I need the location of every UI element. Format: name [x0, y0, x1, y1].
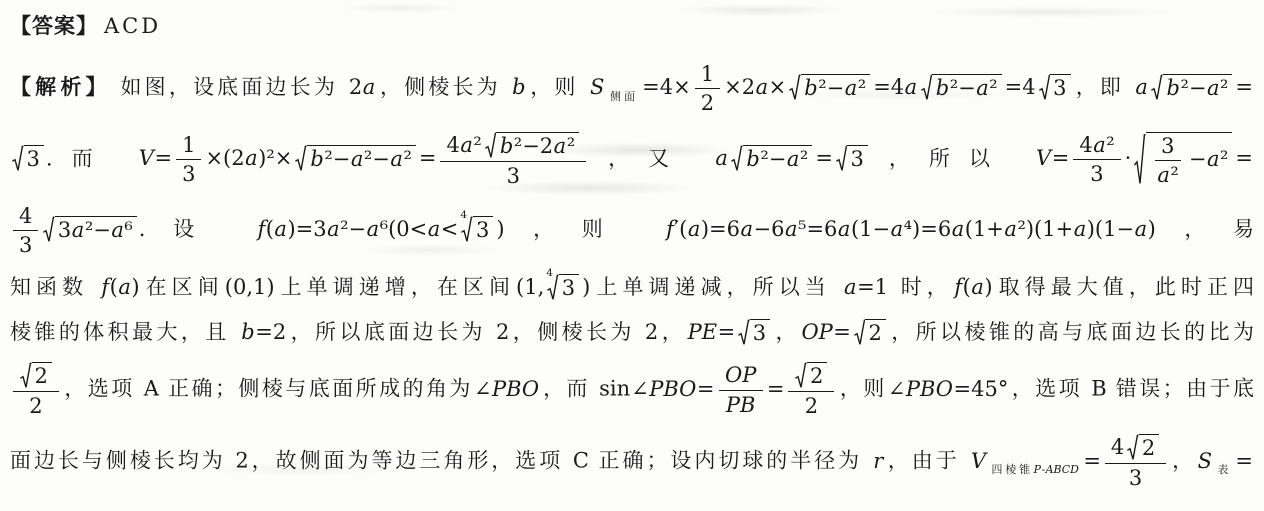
math-run: 2a — [349, 75, 376, 99]
radicand: b²−a² — [1163, 74, 1232, 101]
text-run: 棱锥的体积最大，且 — [10, 320, 240, 344]
text-run: ，则 — [837, 377, 886, 401]
fraction: 4a²3 — [1073, 133, 1120, 186]
sqrt-radical: b²−2a² — [485, 132, 579, 159]
math-run: b²−a² — [1166, 76, 1228, 100]
radicand: 3 — [750, 319, 770, 346]
text-run: 上单调递减，所以当 — [591, 275, 842, 299]
math-run: = — [815, 146, 833, 170]
fraction: 3a² — [1151, 134, 1185, 187]
text-run: 取得最大值，此时正四 — [994, 275, 1254, 299]
math-run: 3 — [562, 276, 575, 300]
math-run: 3 — [19, 233, 32, 257]
math-run: 3a²−a⁶ — [58, 218, 133, 242]
answer-line: 【答案】ACD — [10, 12, 1254, 40]
math-var: b — [1166, 76, 1180, 100]
fraction: 13 — [176, 133, 201, 186]
radical-sign-icon — [921, 74, 933, 101]
solution-line: 【解析】 如图，设底面边长为 2a，侧棱长为 b，则 S侧面=4×12×2a×b… — [10, 62, 1254, 115]
radicand: 2 — [1139, 434, 1159, 461]
radical-sign-icon — [1151, 74, 1163, 101]
text-run: ，选项 B 错误；由于底 — [1009, 377, 1254, 401]
math-var: a — [904, 75, 918, 99]
denominator: 3 — [1084, 160, 1109, 186]
math-var: f — [666, 217, 675, 241]
radicand: 2 — [32, 362, 52, 389]
math-run: 2 — [35, 364, 48, 388]
math-run: = — [1235, 75, 1253, 99]
math-run: S — [589, 75, 604, 99]
fraction: 22 — [13, 362, 59, 418]
math-var: PE — [687, 320, 717, 344]
sqrt-radical: 2 — [795, 362, 827, 389]
denominator: PB — [719, 391, 762, 417]
math-run: 3 — [753, 321, 766, 345]
math-run: 1 — [182, 133, 195, 157]
denominator: 3 — [1123, 464, 1148, 490]
math-run: (1, — [516, 275, 544, 299]
denominator: a² — [1151, 161, 1185, 187]
math-run: 2 — [29, 394, 42, 418]
solution-line: 3.而 V=13×(2a)²×b²−a²−a²=4a²b²−2a²3，又 ab²… — [10, 132, 1254, 188]
text-run: 在区间 — [141, 275, 224, 299]
radicand: b²−a² — [932, 74, 1001, 101]
math-run: f(a)=3a²−a⁶(0<a< — [257, 217, 458, 241]
subscript: 侧面 — [606, 90, 639, 103]
math-run: −a² — [1189, 147, 1229, 171]
math-run: a² — [1157, 163, 1179, 187]
radicand: 2 — [865, 319, 885, 346]
math-var: a — [245, 146, 259, 170]
math-var: a — [755, 75, 769, 99]
math-run: =4× — [642, 75, 691, 99]
math-run: = — [1235, 146, 1253, 170]
text-run: .设 — [139, 217, 256, 241]
math-var: a — [327, 217, 341, 241]
radical-sign-icon — [731, 145, 743, 172]
math-run: PB — [725, 393, 756, 417]
math-run: (0,1) — [225, 275, 275, 299]
fraction: 22 — [788, 362, 834, 418]
numerator: 1 — [176, 133, 201, 160]
math-var: a — [1073, 217, 1087, 241]
math-run: f(a) — [101, 275, 140, 299]
text-run: ，则 — [527, 75, 588, 99]
math-run: 2 — [805, 394, 818, 418]
math-var: a — [844, 76, 858, 100]
denominator: 2 — [23, 392, 48, 418]
math-run: 3 — [1090, 162, 1103, 186]
math-run: =4 — [1005, 75, 1036, 99]
math-var: a — [844, 275, 858, 299]
text-run: ，而 sin — [541, 377, 630, 401]
radical-sign-icon — [295, 145, 307, 172]
denominator: 3 — [13, 231, 38, 257]
sqrt-radical: 3 — [738, 319, 770, 346]
math-var: S — [1197, 449, 1212, 473]
math-var: b — [310, 147, 324, 171]
math-run: ∠PBO=45° — [888, 377, 1009, 401]
math-run: b²−a²−a² — [310, 147, 412, 171]
radical-sign-icon — [789, 74, 801, 101]
math-var: a — [460, 133, 474, 157]
root-index: 4 — [460, 210, 467, 221]
math-run: 3 — [507, 164, 520, 188]
text-run: ，选项 A 正确；侧棱与底面所成的角为 — [62, 377, 473, 401]
math-run: 4 — [19, 204, 32, 228]
math-var: a — [786, 147, 800, 171]
math-var: a — [890, 217, 904, 241]
math-run: = — [419, 146, 437, 170]
math-var: a — [553, 134, 567, 158]
math-run: ∠PBO — [474, 377, 540, 401]
denominator: 2 — [799, 392, 824, 418]
math-var: a — [118, 275, 132, 299]
math-var: a — [71, 218, 85, 242]
solution-line: 知函数 f(a)在区间(0,1)上单调递增，在区间(1,43)上单调递减，所以当… — [10, 273, 1254, 301]
math-var: a — [1206, 147, 1220, 171]
radicand: 3 — [559, 274, 579, 301]
sqrt-radical: b²−a² — [731, 145, 812, 172]
numerator: OP — [719, 363, 763, 390]
math-var: a — [1093, 133, 1107, 157]
numerator: 3 — [1155, 134, 1180, 161]
radical-sign-icon — [12, 145, 24, 172]
math-var: V — [970, 449, 986, 473]
text-run: ， — [1169, 449, 1196, 473]
radicand: 3a²−a² — [1146, 132, 1233, 187]
math-var: b — [499, 134, 513, 158]
solution-line: 22，选项 A 正确；侧棱与底面所成的角为∠PBO，而 sin∠PBO=OPPB… — [10, 362, 1254, 418]
text-run: ，所以 — [870, 146, 1035, 170]
radicand: 3 — [847, 145, 867, 172]
math-run: 表 — [1215, 463, 1232, 476]
math-var: a — [1206, 76, 1220, 100]
math-run: =4a — [873, 75, 918, 99]
math-var: PBO — [905, 377, 953, 401]
math-run: V — [970, 449, 986, 473]
fraction: OPPB — [719, 363, 763, 416]
math-run: = — [1083, 449, 1101, 473]
sqrt-radical: 3 — [1039, 74, 1071, 101]
math-var: a — [740, 217, 754, 241]
math-run: 4 — [1111, 435, 1124, 459]
text-run: ，易 — [1157, 217, 1254, 241]
math-run: ∠PBO= — [631, 377, 714, 401]
math-run: 2 — [701, 91, 714, 115]
math-var: a — [362, 75, 376, 99]
fourth-root-radical: 43 — [547, 274, 579, 301]
numerator: 1 — [695, 62, 720, 89]
solution-line: 棱锥的体积最大，且 b=2，所以底面边长为 2，侧棱长为 2，PE=3，OP=2… — [10, 318, 1254, 346]
fraction: 423 — [1105, 434, 1166, 490]
math-var: f — [257, 217, 266, 241]
math-var: b — [241, 320, 255, 344]
sqrt-radical: 3a²−a⁶ — [43, 216, 136, 243]
text-run: ，由于 — [885, 449, 970, 473]
math-run: V= — [1036, 146, 1070, 170]
radical-sign-icon — [854, 319, 866, 346]
text-run: 知函数 — [10, 275, 100, 299]
math-var: a — [971, 275, 985, 299]
numerator: 4a² — [1073, 133, 1120, 160]
sqrt-radical: 3 — [836, 145, 868, 172]
math-run: OP — [725, 363, 757, 387]
math-run: 3 — [1129, 466, 1142, 490]
math-run: f(a) — [954, 275, 993, 299]
math-run: 侧面 — [607, 90, 638, 103]
math-var: S — [589, 75, 604, 99]
math-run: OP= — [801, 320, 851, 344]
math-run: 3 — [476, 218, 489, 242]
text-run: 面边长与侧棱长均为 2，故侧面为等边三角形，选项 C 正确；设内切球的半径为 — [10, 449, 872, 473]
numerator: 4 — [13, 204, 38, 231]
math-var: a — [1157, 163, 1171, 187]
math-var: b — [512, 75, 526, 99]
math-run: b²−a² — [746, 147, 808, 171]
math-run: = — [1235, 449, 1253, 473]
math-run: a — [1135, 75, 1149, 99]
fraction: 43 — [13, 204, 38, 257]
math-var: a — [1135, 75, 1149, 99]
math-run: PE= — [687, 320, 735, 344]
radical-sign-icon — [1127, 434, 1139, 461]
math-run: 1 — [701, 62, 714, 86]
math-run: 3 — [850, 147, 863, 171]
section-label: 【解析】 — [10, 75, 111, 99]
radical-sign-icon — [795, 362, 807, 389]
math-run: ×(2a)²× — [205, 146, 292, 170]
math-var: V — [138, 146, 154, 170]
scanned-solution-page: 【答案】ACD 【解析】 如图，设底面边长为 2a，侧棱长为 b，则 S侧面=4… — [0, 0, 1264, 511]
answer-value: ACD — [98, 14, 161, 38]
math-run: b=2 — [241, 320, 286, 344]
solution-line: 面边长与侧棱长均为 2，故侧面为等边三角形，选项 C 正确；设内切球的半径为 r… — [10, 434, 1254, 490]
text-run: ，所以底面边长为 2，侧棱长为 2， — [287, 320, 686, 344]
math-var: f — [101, 275, 110, 299]
math-run: 2 — [810, 364, 823, 388]
fraction: 12 — [695, 62, 720, 115]
math-var: OP — [801, 320, 833, 344]
math-run: 4a² — [1079, 133, 1114, 157]
math-run: S — [1197, 449, 1212, 473]
math-var: PB — [725, 393, 756, 417]
math-var: b — [746, 147, 760, 171]
text-run: .而 — [46, 146, 137, 170]
math-var: P — [1033, 463, 1041, 476]
math-run: 3 — [182, 162, 195, 186]
radical-sign-icon — [20, 362, 32, 389]
radicand: b²−a² — [743, 145, 812, 172]
math-var: PBO — [649, 377, 697, 401]
math-run: 3 — [27, 147, 40, 171]
text-run: ，则 — [506, 217, 665, 241]
sqrt-radical: b²−a² — [1151, 74, 1232, 101]
radicand: 2 — [807, 362, 827, 389]
math-var: a — [976, 76, 990, 100]
math-var: a — [1004, 217, 1018, 241]
math-var: r — [873, 449, 884, 473]
text-run: 时， — [889, 275, 953, 299]
radicand: b²−a²−a² — [307, 145, 416, 172]
denominator: 2 — [695, 89, 720, 115]
sqrt-radical: b²−a²−a² — [295, 145, 416, 172]
sqrt-radical: 2 — [1127, 434, 1159, 461]
math-var: a — [837, 217, 851, 241]
denominator: 3 — [501, 162, 526, 188]
math-var: f — [954, 275, 963, 299]
radical-sign-icon — [1039, 74, 1051, 101]
math-var: ABCD — [1045, 463, 1079, 476]
fraction: 4a²b²−2a²3 — [440, 132, 586, 188]
radical-sign-icon — [485, 132, 497, 159]
math-run: a=1 — [844, 275, 889, 299]
math-run: ) — [496, 217, 504, 241]
math-var: OP — [725, 363, 757, 387]
math-var: a — [350, 147, 364, 171]
radicand: b²−2a² — [496, 132, 579, 159]
math-run: = — [767, 377, 785, 401]
sqrt-radical: b²−a² — [789, 74, 870, 101]
math-var: a — [687, 217, 701, 241]
sqrt-radical: 2 — [20, 362, 52, 389]
math-run: 4a² — [446, 133, 481, 157]
numerator: 4a²b²−2a² — [440, 132, 586, 162]
radical-sign-icon — [836, 145, 848, 172]
math-run: 3 — [1161, 134, 1174, 158]
sqrt-radical: 3 — [12, 145, 44, 172]
text-run: 如图，设底面边长为 — [111, 75, 348, 99]
math-run: b²−a² — [935, 76, 997, 100]
math-run: 3 — [1053, 76, 1066, 100]
math-var: a — [390, 147, 404, 171]
radicand: 3a²−a⁶ — [55, 216, 137, 243]
radical-sign-icon — [738, 319, 750, 346]
radicand: 3 — [473, 216, 493, 243]
math-var: b — [935, 76, 949, 100]
math-var: a — [785, 217, 799, 241]
math-run: 2 — [1142, 436, 1155, 460]
text-run: ，又 — [589, 146, 714, 170]
math-run: · — [1125, 146, 1132, 170]
math-var: a — [427, 217, 441, 241]
math-var: a — [715, 146, 729, 170]
math-var: a — [1134, 217, 1148, 241]
math-run: V= — [138, 146, 172, 170]
radical-sign-icon — [1134, 132, 1146, 187]
text-run: ，即 — [1073, 75, 1134, 99]
text-run: 上单调递增，在区间 — [276, 275, 515, 299]
math-run: ) — [582, 275, 590, 299]
text-run: ， — [772, 320, 800, 344]
solution-line: 433a²−a⁶.设 f(a)=3a²−a⁶(0<a<43)，则 f′(a)=6… — [10, 204, 1254, 257]
math-run: b²−a² — [804, 76, 866, 100]
math-run: b — [512, 75, 526, 99]
math-run: f′(a)=6a−6a⁵=6a(1−a⁴)=6a(1+a²)(1+a)(1−a) — [666, 217, 1156, 241]
math-var: V — [1036, 146, 1052, 170]
math-run: a — [715, 146, 729, 170]
math-var: PBO — [491, 377, 539, 401]
math-var: a — [274, 217, 288, 241]
subscript: 四棱锥P-ABCD — [988, 463, 1081, 476]
math-var: a — [111, 218, 125, 242]
root-index: 4 — [546, 268, 553, 279]
text-run: ，侧棱长为 — [377, 75, 511, 99]
radicand: b²−a² — [801, 74, 870, 101]
math-run: 四棱锥P-ABCD — [989, 463, 1080, 476]
fourth-root-radical: 43 — [461, 216, 493, 243]
radicand: 3 — [24, 145, 44, 172]
math-var: a — [951, 217, 965, 241]
radical-sign-icon — [43, 216, 55, 243]
math-run: b²−2a² — [499, 134, 575, 158]
answer-label: 【答案】 — [10, 14, 98, 38]
numerator: 2 — [13, 362, 59, 392]
subscript: 表 — [1214, 463, 1233, 476]
denominator: 3 — [176, 160, 201, 186]
numerator: 2 — [788, 362, 834, 392]
math-run: 2 — [868, 321, 881, 345]
math-var: b — [804, 76, 818, 100]
sqrt-radical: 3a²−a² — [1134, 132, 1232, 187]
solution-body: 【解析】 如图，设底面边长为 2a，侧棱长为 b，则 S侧面=4×12×2a×b… — [10, 62, 1254, 490]
sqrt-radical: 2 — [854, 319, 886, 346]
sqrt-radical: b²−a² — [921, 74, 1002, 101]
math-run: ×2a× — [724, 75, 786, 99]
math-var: a — [366, 217, 380, 241]
math-run: r — [873, 449, 884, 473]
numerator: 42 — [1105, 434, 1166, 464]
text-run: ，所以棱锥的高与底面边长的比为 — [888, 320, 1254, 344]
radicand: 3 — [1050, 74, 1070, 101]
